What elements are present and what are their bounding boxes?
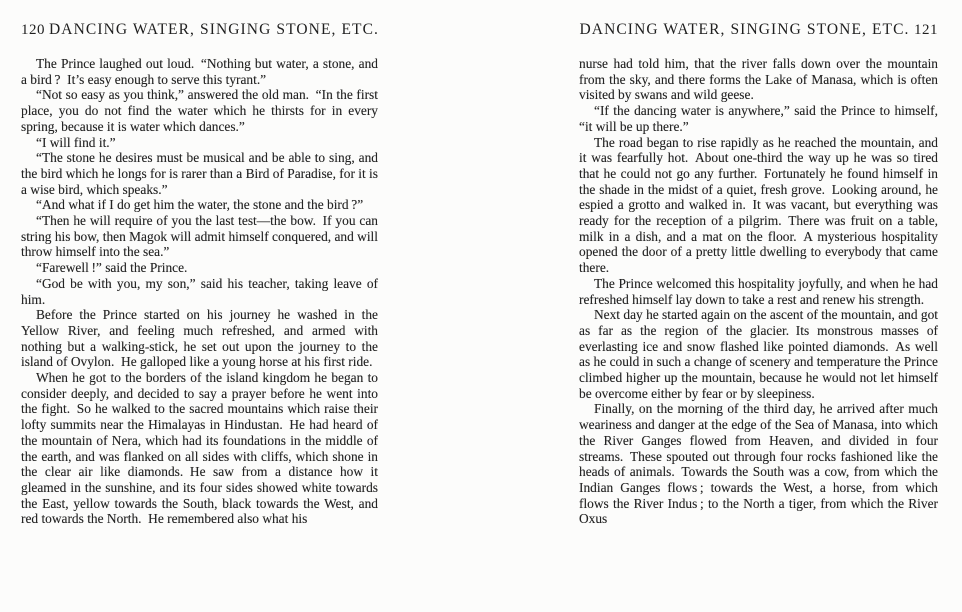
running-head-title-left: DANCING WATER, SINGING STONE, ETC. — [49, 21, 379, 39]
paragraph: The Prince welcomed this hospitality joy… — [579, 276, 938, 307]
paragraph: The road began to rise rapidly as he rea… — [579, 135, 938, 276]
paragraph: “I will find it.” — [21, 135, 378, 151]
paragraph: “God be with you, my son,” said his teac… — [21, 276, 378, 307]
running-header-left: 120 DANCING WATER, SINGING STONE, ETC. — [21, 21, 378, 39]
paragraph: “Farewell !” said the Prince. — [21, 260, 378, 276]
page-number-left: 120 — [21, 22, 49, 39]
paragraph: Next day he started again on the ascent … — [579, 307, 938, 401]
page-left: 120 DANCING WATER, SINGING STONE, ETC. T… — [0, 0, 481, 612]
page-body-right: nurse had told him, that the river falls… — [579, 56, 938, 527]
paragraph: The Prince laughed out loud. “Nothing bu… — [21, 56, 378, 87]
paragraph: “If the dancing water is anywhere,” said… — [579, 103, 938, 134]
page-right: DANCING WATER, SINGING STONE, ETC. 121 n… — [481, 0, 962, 612]
paragraph: nurse had told him, that the river falls… — [579, 56, 938, 103]
running-head-title-right: DANCING WATER, SINGING STONE, ETC. — [579, 21, 910, 39]
paragraph: “And what if I do get him the water, the… — [21, 197, 378, 213]
paragraph: “The stone he desires must be musical an… — [21, 150, 378, 197]
page-body-left: The Prince laughed out loud. “Nothing bu… — [21, 56, 378, 527]
paragraph: “Then he will require of you the last te… — [21, 213, 378, 260]
book-spread: 120 DANCING WATER, SINGING STONE, ETC. T… — [0, 0, 962, 612]
paragraph: Before the Prince started on his journey… — [21, 307, 378, 370]
running-header-right: DANCING WATER, SINGING STONE, ETC. 121 — [579, 21, 938, 39]
paragraph: “Not so easy as you think,” answered the… — [21, 87, 378, 134]
page-number-right: 121 — [910, 22, 938, 39]
paragraph: When he got to the borders of the island… — [21, 370, 378, 527]
paragraph: Finally, on the morning of the third day… — [579, 401, 938, 527]
